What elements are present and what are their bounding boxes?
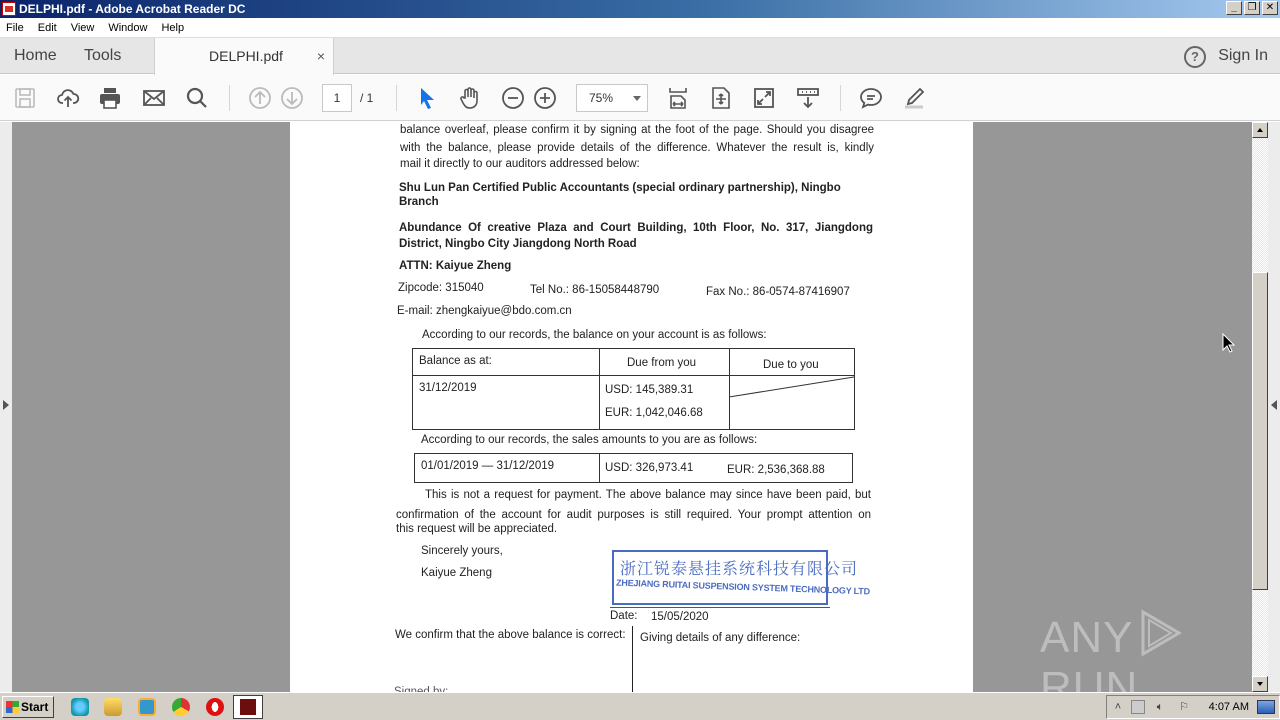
menu-window[interactable]: Window [108, 22, 147, 34]
show-hidden-icon[interactable]: ˄ [1111, 700, 1125, 714]
attn-line: ATTN: Kaiyue Zheng [399, 260, 511, 272]
scroll-thumb[interactable] [1252, 272, 1268, 590]
page-number-input[interactable]: 1 [322, 84, 352, 112]
due-to-strike [729, 375, 855, 429]
comment-icon[interactable] [858, 85, 884, 111]
cloud-upload-icon[interactable] [55, 85, 81, 111]
sales-intro: According to our records, the sales amou… [421, 434, 757, 446]
chrome-icon[interactable] [172, 698, 190, 716]
difference-label: Giving details of any difference: [640, 632, 800, 644]
sales-eur: EUR: 2,536,368.88 [727, 464, 825, 476]
pdf-page: balance overleaf, please confirm it by s… [290, 122, 973, 692]
show-desktop-icon[interactable] [1257, 700, 1275, 714]
close-window-button[interactable]: ✕ [1262, 1, 1278, 15]
print-icon[interactable] [97, 85, 123, 111]
search-icon[interactable] [184, 85, 210, 111]
page-total: / 1 [360, 84, 373, 112]
zoom-level-value: 75% [589, 91, 613, 105]
sales-period: 01/01/2019 — 31/12/2019 [421, 460, 554, 472]
fit-width-icon[interactable] [665, 85, 691, 111]
acrobat-app-icon [2, 2, 16, 16]
due-from-eur: EUR: 1,042,046.68 [605, 407, 703, 419]
internet-explorer-icon[interactable] [71, 698, 89, 716]
company-stamp: 浙江锐泰悬挂系统科技有限公司 ZHEJIANG RUITAI SUSPENSIO… [612, 550, 828, 605]
hand-icon[interactable] [457, 85, 483, 111]
help-icon[interactable]: ? [1184, 46, 1206, 68]
email-icon[interactable] [141, 85, 167, 111]
menu-edit[interactable]: Edit [38, 22, 57, 34]
acrobat-icon[interactable] [233, 695, 263, 719]
stamp-english-text: ZHEJIANG RUITAI SUSPENSION SYSTEM TECHNO… [616, 578, 870, 597]
left-panel-toggle[interactable] [0, 122, 12, 692]
close-tab-icon[interactable]: × [317, 38, 325, 74]
menu-help[interactable]: Help [161, 22, 184, 34]
menu-file[interactable]: File [6, 22, 24, 34]
start-label: Start [21, 700, 48, 714]
balance-date: 31/12/2019 [419, 382, 477, 394]
save-icon[interactable] [12, 85, 38, 111]
expand-right-icon [1271, 400, 1277, 410]
window-title-bar: DELPHI.pdf - Adobe Acrobat Reader DC _ ❐… [0, 0, 1280, 18]
watermark-left: ANY [1040, 613, 1133, 662]
expand-left-icon [3, 400, 9, 410]
balance-header-due-from: Due from you [627, 357, 696, 369]
telephone: Tel No.: 86-15058448790 [530, 284, 659, 296]
tab-document[interactable]: DELPHI.pdf × [154, 38, 334, 75]
mouse-cursor-icon [1222, 333, 1236, 353]
intro-line: with the balance, please provide details… [400, 142, 874, 154]
due-from-usd: USD: 145,389.31 [605, 384, 693, 396]
play-logo-icon [1139, 608, 1183, 658]
stamp-chinese-text: 浙江锐泰悬挂系统科技有限公司 [620, 556, 858, 579]
balance-header-date: Balance as at: [419, 355, 492, 367]
tab-document-label: DELPHI.pdf [209, 38, 283, 74]
tab-bar: Home Tools DELPHI.pdf × ? Sign In [0, 38, 1280, 74]
scroll-up-button[interactable] [1252, 122, 1268, 138]
date-label: Date: [610, 610, 638, 622]
fax: Fax No.: 86-0574-87416907 [706, 286, 850, 298]
document-viewer: balance overleaf, please confirm it by s… [0, 122, 1280, 692]
zoom-out-icon[interactable] [500, 85, 526, 111]
restore-button[interactable]: ❐ [1244, 1, 1260, 15]
tab-home[interactable]: Home [14, 38, 57, 74]
network-warning-icon[interactable] [1131, 700, 1145, 714]
notice-line: this request will be appreciated. [396, 523, 557, 535]
full-screen-icon[interactable] [751, 85, 777, 111]
vertical-scrollbar[interactable] [1252, 122, 1268, 692]
volume-icon[interactable]: 🔈︎ [1153, 700, 1167, 714]
tab-tools[interactable]: Tools [84, 38, 121, 74]
sales-usd: USD: 326,973.41 [605, 462, 693, 474]
page-down-icon[interactable] [279, 85, 305, 111]
menu-view[interactable]: View [71, 22, 95, 34]
auditor-address: District, Ningbo City Jiangdong North Ro… [399, 238, 637, 250]
sales-table: 01/01/2019 — 31/12/2019 USD: 326,973.41 … [414, 453, 853, 483]
balance-table: Balance as at: Due from you Due to you 3… [412, 348, 855, 430]
zipcode: Zipcode: 315040 [398, 282, 484, 294]
intro-line: mail it directly to our auditors address… [400, 158, 640, 170]
media-player-icon[interactable] [138, 698, 156, 716]
confirm-label: We confirm that the above balance is cor… [395, 629, 626, 641]
highlight-icon[interactable] [901, 85, 927, 111]
taskbar: Start ˄ 🔈︎ ⚐ 4:07 AM [0, 692, 1280, 720]
intro-line: balance overleaf, please confirm it by s… [400, 124, 874, 136]
balance-header-due-to: Due to you [763, 359, 819, 371]
start-button[interactable]: Start [2, 696, 54, 718]
page-up-icon[interactable] [247, 85, 273, 111]
zoom-in-icon[interactable] [532, 85, 558, 111]
auditor-name: Shu Lun Pan Certified Public Accountants… [399, 182, 841, 194]
auditor-name: Branch [399, 196, 439, 208]
email: E-mail: zhengkaiyue@bdo.com.cn [397, 305, 572, 317]
windows-logo-icon [6, 701, 19, 713]
minimize-button[interactable]: _ [1226, 1, 1242, 15]
fit-page-icon[interactable] [708, 85, 734, 111]
opera-icon[interactable] [206, 698, 224, 716]
select-cursor-icon[interactable] [414, 85, 440, 111]
zoom-level-select[interactable]: 75% [576, 84, 648, 112]
scroll-mode-icon[interactable] [795, 85, 821, 111]
window-title: DELPHI.pdf - Adobe Acrobat Reader DC [19, 0, 245, 18]
notice-line: confirmation of the account for audit pu… [396, 509, 871, 521]
notice-line: This is not a request for payment. The a… [425, 489, 871, 501]
clock[interactable]: 4:07 AM [1209, 696, 1249, 718]
chevron-down-icon [633, 96, 641, 101]
closing: Sincerely yours, [421, 545, 503, 557]
system-tray: ˄ 🔈︎ ⚐ 4:07 AM [1106, 695, 1280, 719]
date-value: 15/05/2020 [651, 611, 709, 623]
auditor-address: Abundance Of creative Plaza and Court Bu… [399, 222, 873, 234]
signatory: Kaiyue Zheng [421, 567, 492, 579]
balance-intro: According to our records, the balance on… [422, 329, 767, 341]
file-explorer-icon[interactable] [104, 698, 122, 716]
right-panel-toggle[interactable] [1268, 122, 1280, 692]
sign-in-button[interactable]: Sign In [1218, 38, 1268, 74]
menu-bar: File Edit View Window Help [0, 18, 1280, 38]
action-center-flag-icon[interactable]: ⚐ [1177, 700, 1191, 714]
